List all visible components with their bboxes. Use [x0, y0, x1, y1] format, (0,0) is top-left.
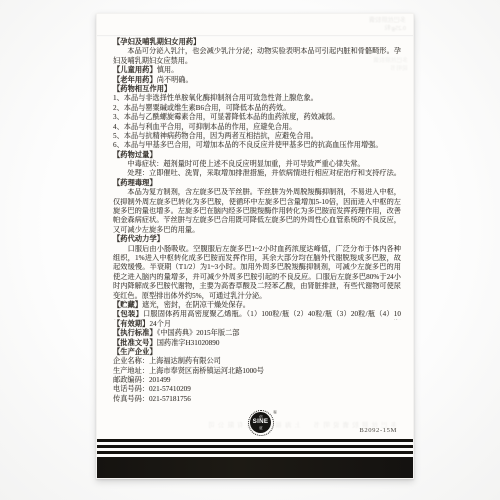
text-line: 变红色。原型排出体外约5%，可通过乳汁分泌。: [113, 292, 401, 301]
text-line: 【药物过量】: [113, 151, 401, 160]
leaflet-paper: 多巴丝肼胶囊0.25g/粒 多巴丝肼胶囊说明书 【孕妇及哺乳期妇女用药】 本品可…: [96, 13, 414, 479]
fold-crease-line: [97, 35, 413, 37]
text-line: 2、本品与罂粟碱或维生素B6合用，可降低本品的药效。: [113, 104, 401, 113]
bottom-stripe-decoration: [97, 439, 413, 478]
text-line: 使之进入脑内的量增多，并可减少外周多巴胺引起的不良反应。口服后左旋多巴80%于2…: [113, 273, 401, 282]
stripe-bar: [97, 445, 413, 448]
logo-bottom-character: 谊: [259, 426, 262, 429]
section-header: 【药代动力学】: [113, 235, 164, 243]
section-header: 【药物相互作用】: [113, 85, 171, 93]
section-header: 【有效期】: [113, 320, 149, 328]
text-line: 3、本品与乙酰螺旋霉素合用，可显著降低本品的血药浓度，药效减弱。: [113, 113, 401, 122]
black-band: [97, 457, 413, 478]
section-header: 【儿童用药】: [113, 66, 157, 74]
text-line: 口服后由小肠吸收。空腹服后左旋多巴1~2小时血药浓度达峰值，广泛分布于体内各种: [113, 245, 401, 254]
section-header: 【老年用药】: [113, 76, 157, 84]
text-line: 【执行标准】《中国药典》2015年版二部: [113, 329, 401, 338]
text-line: 帕金森病症状。苄丝肼与左旋多巴合用既可降低左旋多巴的外周性心血管系统的不良反应，: [113, 216, 401, 225]
text-line: 组织，1%进入中枢转化成多巴胺而发挥作用，其余大部分均在脑外代谢脱羧成多巴胺，故: [113, 254, 401, 263]
text-line: 【老年用药】尚不明确。: [113, 76, 401, 85]
section-header: 【孕妇及哺乳期妇女用药】: [113, 38, 200, 46]
section-header: 【执行标准】: [113, 329, 157, 337]
text-line: 【药代动力学】: [113, 235, 401, 244]
text-line: 又可减少左旋多巴的用量。: [113, 226, 401, 235]
section-header: 【生产企业】: [113, 348, 157, 356]
text-line: 本品为复方制剂，含左旋多巴及苄丝肼。苄丝肼为外周脱羧酶抑制剂，不易进入中枢，: [113, 188, 401, 197]
stripe-bar: [97, 451, 413, 454]
text-line: 4、本品与利血平合用，可抑制本品的作用，应避免合用。: [113, 123, 401, 132]
section-header: 【批准文号】: [113, 339, 157, 347]
photo-of-drug-leaflet: { "leaflet": { "lines": [ {"t": "【孕妇及哺乳期…: [0, 0, 500, 500]
text-line: 【儿童用药】慎用。: [113, 66, 401, 75]
section-header: 【药物过量】: [113, 151, 157, 159]
text-line: 【包装】口服固体药用高密度聚乙烯瓶。（1）100粒/瓶（2）40粒/瓶（3）20…: [113, 310, 401, 319]
text-line: 旋多巴的量也增多。左旋多巴在脑内经多巴脱羧酶作用转化为多巴胺而发挥药理作用，改善: [113, 207, 401, 216]
text-line: 【批准文号】国药准字H31020890: [113, 339, 401, 348]
text-line: 妇及哺乳期妇女应禁用。: [113, 57, 401, 66]
text-line: 企业名称：上海福达制药有限公司: [113, 357, 401, 366]
text-line: 电话号码：021-57410209: [113, 385, 401, 394]
stripe-bar: [97, 439, 413, 442]
text-line: 5、本品与抗精神病药物合用，因为两者互相拮抗，应避免合用。: [113, 132, 401, 141]
ghost-text-line: 多巴丝肼胶囊: [296, 17, 406, 25]
section-header: 【贮藏】: [113, 301, 142, 309]
text-line: 1、本品与非选择性单胺氧化酶抑制剂合用可致急性肾上腺危象。: [113, 94, 401, 103]
section-header: 【包装】: [113, 310, 143, 318]
text-line: 时内降解成多巴胺代谢物，主要为高香草酸及二羟苯乙酸，由肾脏排泄，有些代谢物可使尿: [113, 282, 401, 291]
text-line: 6、本品与甲基多巴合用，可增加本品的不良反应并使甲基多巴的抗高血压作用增强。: [113, 141, 401, 150]
text-line: 【孕妇及哺乳期妇女用药】: [113, 38, 401, 47]
text-line: 【生产企业】: [113, 348, 401, 357]
section-header: 【药理毒理】: [113, 179, 157, 187]
ghost-show-through-text-top-right: 多巴丝肼胶囊0.25g/粒: [296, 17, 406, 33]
text-line: 【贮藏】遮光，密封，在阴凉干燥处保存。: [113, 301, 401, 310]
ghost-text-line: 0.25g/粒: [296, 25, 406, 33]
text-line: 生产地址：上海市奉贤区南桥镇运河北路1000号: [113, 367, 401, 376]
print-code: B2092-15M: [359, 427, 397, 434]
text-line: 【药理毒理】: [113, 179, 401, 188]
text-line: 中毒症状：超剂量时可使上述不良反应明显加重，并可导致严重心律失常。: [113, 160, 401, 169]
text-line: 本品可分泌入乳汁，也会减少乳汁分泌；动物实验表明本品可引起内脏和骨骼畸形。孕: [113, 47, 401, 56]
logo-top-character: 信: [259, 416, 262, 419]
sine-brand-logo-icon: 信 SINE 谊: [250, 412, 271, 433]
text-line: 起效缓慢。半衰期（T1/2）为1~3小时。加用外周多巴脱羧酶抑制剂，可减少左旋多…: [113, 263, 401, 272]
text-line: 处理：立即催吐、洗胃，采取增加排泄措施，并依病情进行相应对症治疗和支持疗法。: [113, 169, 401, 178]
registered-trademark-icon: ®: [273, 410, 277, 416]
text-line: 【有效期】24个月: [113, 320, 401, 329]
leaflet-text-block: 【孕妇及哺乳期妇女用药】 本品可分泌入乳汁，也会减少乳汁分泌；动物实验表明本品可…: [113, 38, 401, 404]
text-line: 仅抑制外周左旋多巴转化为多巴胺，使循环中左旋多巴含量增加5-10倍，因而进入中枢…: [113, 198, 401, 207]
text-line: 【药物相互作用】: [113, 85, 401, 94]
text-line: 传真号码：021-57181756: [113, 395, 401, 404]
